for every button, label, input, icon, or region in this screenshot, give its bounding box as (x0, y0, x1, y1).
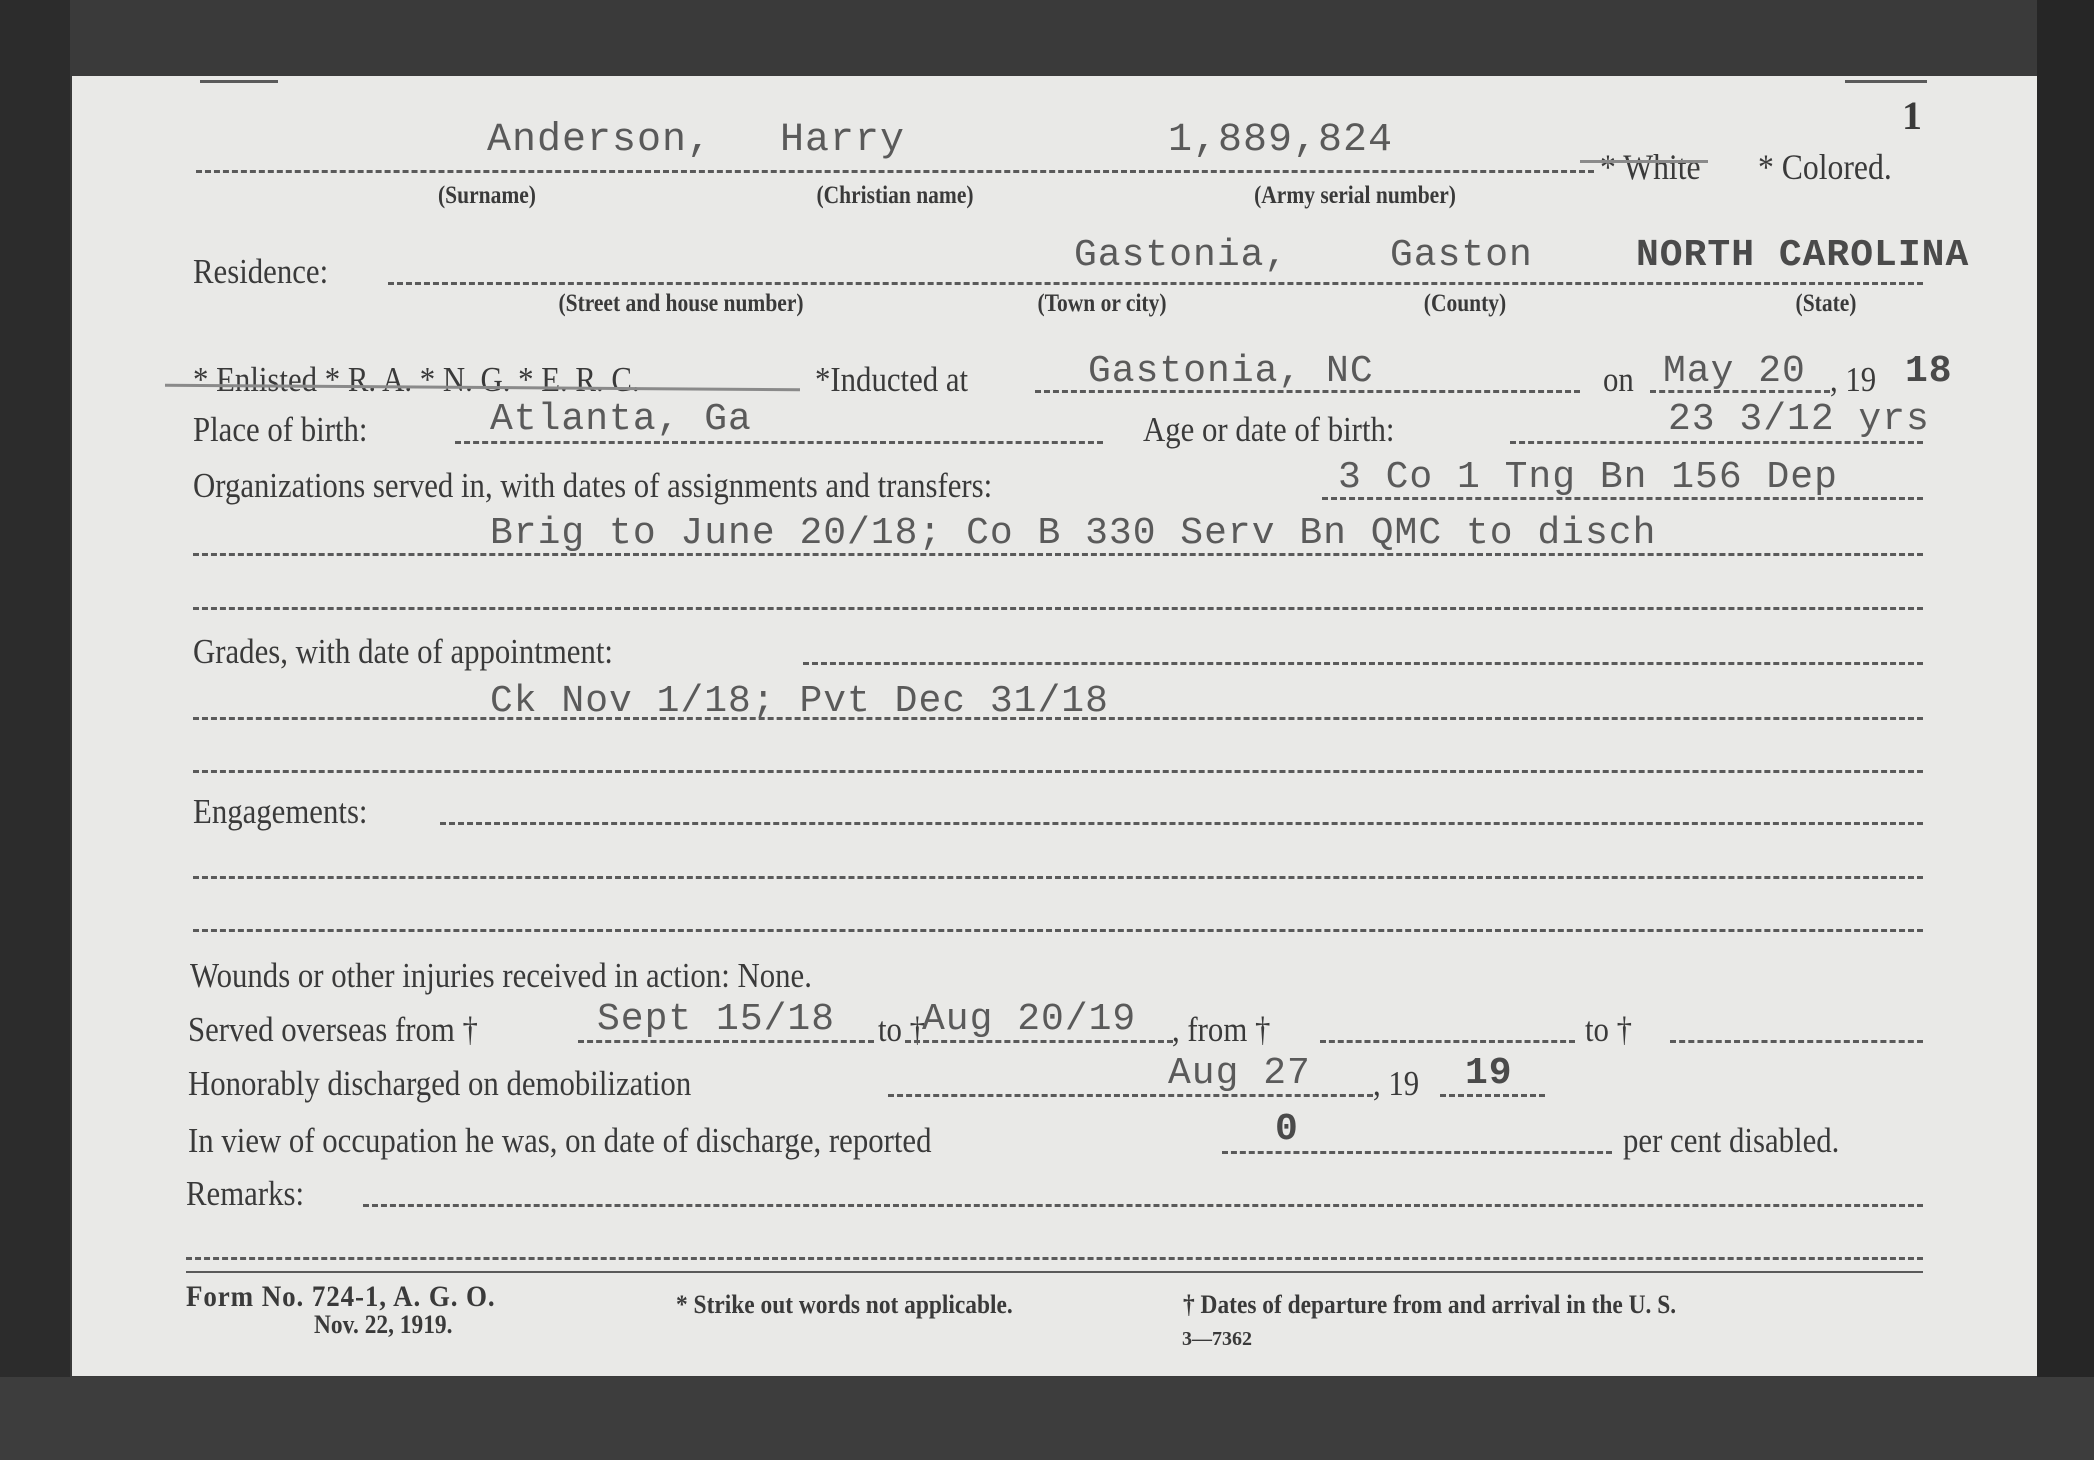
remarks-label: Remarks: (186, 1174, 304, 1214)
residence-label: Residence: (193, 252, 328, 292)
overseas-to-line (905, 1040, 1173, 1043)
inducted-line (1035, 390, 1580, 393)
disability-line (1222, 1151, 1612, 1154)
race-white-strikeout (1580, 160, 1708, 163)
grades-line3 (193, 770, 1923, 773)
grades-line2 (193, 717, 1923, 720)
top-right-mark (1845, 80, 1927, 83)
enlistment-options: * Enlisted * R. A. * N. G. * E. R. C. (193, 360, 640, 400)
disability-percent-value: 0 (1275, 1108, 1299, 1151)
organizations-line1-value: 3 Co 1 Tng Bn 156 Dep (1338, 456, 1838, 499)
surname-value: Anderson, (487, 118, 712, 163)
residence-line (388, 282, 1923, 285)
residence-county-value: Gaston (1390, 234, 1533, 277)
race-colored-label: * Colored. (1758, 146, 1892, 188)
inducted-label: *Inducted at (815, 360, 968, 400)
overseas-to2-line (1670, 1040, 1923, 1043)
top-left-mark (200, 80, 278, 83)
discharge-year-line (1440, 1094, 1545, 1097)
grades-label: Grades, with date of appointment: (193, 632, 613, 672)
organizations-line2-value: Brig to June 20/18; Co B 330 Serv Bn QMC… (490, 512, 1656, 555)
overseas-from2-label: , from † (1172, 1010, 1270, 1050)
engagements-line1 (440, 822, 1923, 825)
overseas-from2-line (1320, 1040, 1575, 1043)
form-date: Nov. 22, 1919. (314, 1310, 452, 1340)
discharge-year-value: 19 (1465, 1052, 1513, 1095)
dates-note: † Dates of departure from and arrival in… (1183, 1290, 1676, 1320)
town-caption: (Town or city) (1038, 290, 1167, 318)
residence-town-value: Gastonia, (1074, 234, 1288, 277)
street-caption: (Street and house number) (558, 290, 803, 318)
overseas-from-label: Served overseas from † (188, 1010, 478, 1050)
residence-state-value: NORTH CAROLINA (1636, 234, 1969, 277)
engagements-line3 (193, 929, 1923, 932)
wounds-label: Wounds or other injuries received in act… (190, 956, 812, 996)
state-caption: (State) (1796, 290, 1857, 318)
place-of-birth-value: Atlanta, Ga (490, 398, 752, 441)
induction-year-value: 18 (1905, 350, 1953, 393)
inducted-at-value: Gastonia, NC (1088, 350, 1374, 393)
age-value: 23 3/12 yrs (1668, 398, 1930, 441)
age-label: Age or date of birth: (1143, 410, 1394, 450)
induction-year-prefix: , 19 (1830, 360, 1876, 400)
overseas-to-label: to † (878, 1010, 925, 1050)
print-code: 3—7362 (1182, 1328, 1252, 1351)
remarks-line1 (363, 1204, 1923, 1207)
discharge-year-prefix: , 19 (1373, 1064, 1419, 1104)
county-caption: (County) (1424, 290, 1506, 318)
overseas-to-value: Aug 20/19 (922, 998, 1136, 1041)
organizations-line2 (193, 553, 1923, 556)
overseas-to2-label: to † (1585, 1010, 1632, 1050)
disability-label: In view of occupation he was, on date of… (188, 1121, 932, 1161)
christian-name-caption: (Christian name) (816, 182, 973, 210)
organizations-line1 (1322, 497, 1923, 500)
race-white-label: * White (1600, 146, 1701, 188)
induction-date-line (1650, 390, 1830, 393)
remarks-line2 (186, 1257, 1923, 1260)
disability-suffix: per cent disabled. (1623, 1121, 1839, 1161)
scan-background-right (2037, 0, 2094, 1460)
age-line (1510, 441, 1923, 444)
name-line (196, 170, 1594, 173)
engagements-label: Engagements: (193, 792, 367, 832)
induction-date-value: May 20 (1663, 350, 1806, 393)
serial-caption: (Army serial number) (1254, 182, 1456, 210)
scan-background-left (0, 0, 70, 1460)
discharge-label: Honorably discharged on demobilization (188, 1064, 691, 1104)
surname-caption: (Surname) (438, 182, 536, 210)
scan-background-bottom (0, 1377, 2094, 1460)
discharge-date-value: Aug 27 (1168, 1052, 1311, 1095)
overseas-from-value: Sept 15/18 (597, 998, 835, 1041)
grades-line1 (803, 662, 1923, 665)
place-of-birth-label: Place of birth: (193, 410, 367, 450)
overseas-from-line (578, 1040, 874, 1043)
form-number: Form No. 724-1, A. G. O. (186, 1280, 496, 1314)
card-number: 1 (1902, 92, 1922, 139)
on-label: on (1603, 360, 1634, 400)
army-serial-value: 1,889,824 (1168, 118, 1393, 163)
christian-name-value: Harry (780, 118, 905, 163)
organizations-line3 (193, 607, 1923, 610)
discharge-date-line (888, 1094, 1373, 1097)
engagements-line2 (193, 876, 1923, 879)
organizations-label: Organizations served in, with dates of a… (193, 466, 992, 506)
footer-rule (186, 1271, 1923, 1273)
strike-out-note: * Strike out words not applicable. (676, 1290, 1013, 1320)
place-of-birth-line (455, 441, 1103, 444)
